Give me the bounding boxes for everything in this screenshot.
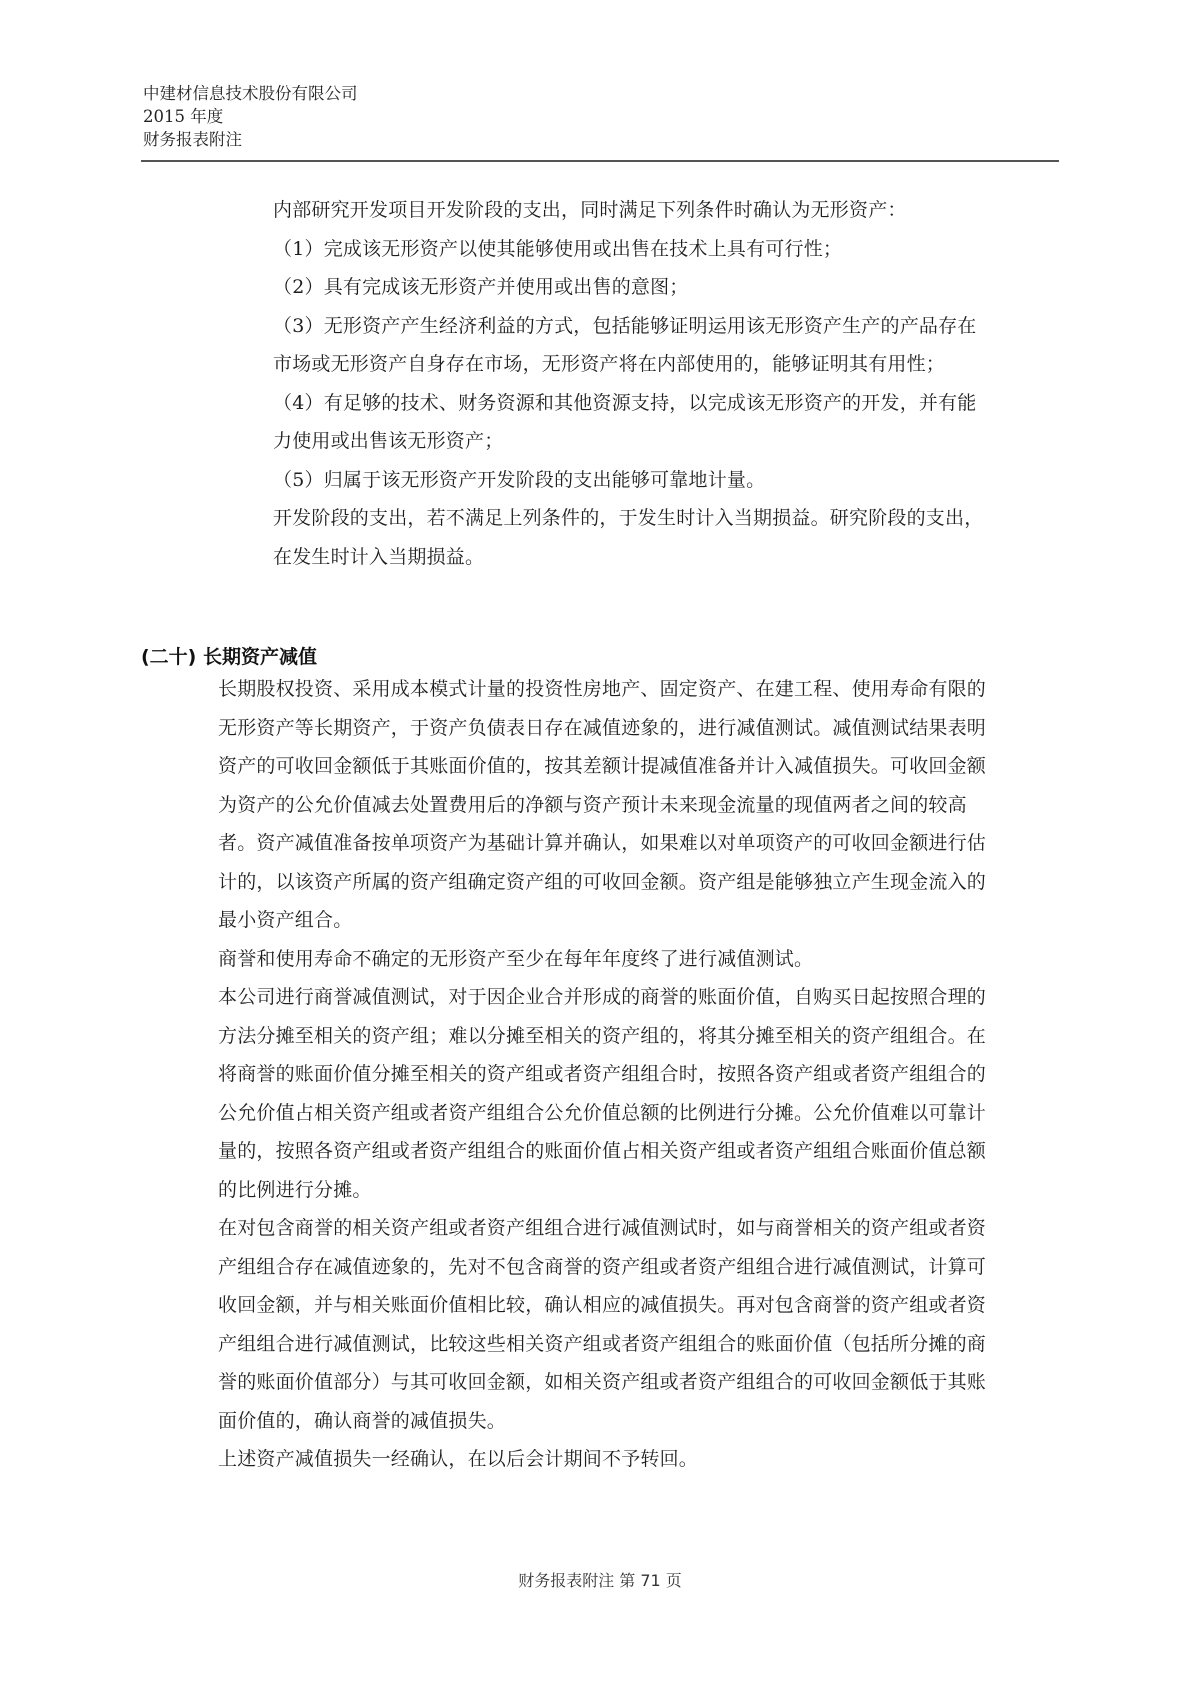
paragraph-line: 方法分摊至相关的资产组；难以分摊至相关的资产组的，将其分摊至相关的资产组组合。在 (218, 1017, 1058, 1056)
paragraph-line: 誉的账面价值部分）与其可收回金额，如相关资产组或者资产组组合的可收回金额低于其账 (218, 1363, 1058, 1402)
paragraph-line: 为资产的公允价值减去处置费用后的净额与资产预计未来现金流量的现值两者之间的较高 (218, 786, 1058, 825)
page-footer: 财务报表附注 第 71 页 (0, 1568, 1200, 1591)
criteria-item-1: （1）完成该无形资产以使其能够使用或出售在技术上具有可行性； (273, 230, 1058, 269)
paragraph-line: 开发阶段的支出，若不满足上列条件的，于发生时计入当期损益。研究阶段的支出， (273, 499, 1058, 538)
report-year: 2015 年度 (143, 105, 1058, 128)
paragraph-line: 商誉和使用寿命不确定的无形资产至少在每年年度终了进行减值测试。 (218, 940, 1058, 979)
paragraph-line: 计的，以该资产所属的资产组确定资产组的可收回金额。资产组是能够独立产生现金流入的 (218, 863, 1058, 902)
paragraph-line: 量的，按照各资产组或者资产组组合的账面价值占相关资产组或者资产组组合账面价值总额 (218, 1132, 1058, 1171)
intangible-asset-criteria: 内部研究开发项目开发阶段的支出，同时满足下列条件时确认为无形资产： （1）完成该… (273, 191, 1058, 576)
paragraph-line: 长期股权投资、采用成本模式计量的投资性房地产、固定资产、在建工程、使用寿命有限的 (218, 670, 1058, 709)
paragraph-line: 在发生时计入当期损益。 (273, 538, 1058, 577)
paragraph-line: 资产的可收回金额低于其账面价值的，按其差额计提减值准备并计入减值损失。可收回金额 (218, 747, 1058, 786)
paragraph-line: 产组组合存在减值迹象的，先对不包含商誉的资产组或者资产组组合进行减值测试，计算可 (218, 1248, 1058, 1287)
paragraph-line: 在对包含商誉的相关资产组或者资产组组合进行减值测试时，如与商誉相关的资产组或者资 (218, 1209, 1058, 1248)
paragraph-line: 的比例进行分摊。 (218, 1171, 1058, 1210)
criteria-item-5: （5）归属于该无形资产开发阶段的支出能够可靠地计量。 (273, 461, 1058, 500)
paragraph-line: 将商誉的账面价值分摊至相关的资产组或者资产组组合时，按照各资产组或者资产组组合的 (218, 1055, 1058, 1094)
paragraph-line: 无形资产等长期资产，于资产负债表日存在减值迹象的，进行减值测试。减值测试结果表明 (218, 709, 1058, 748)
paragraph-line: 产组组合进行减值测试，比较这些相关资产组或者资产组组合的账面价值（包括所分摊的商 (218, 1325, 1058, 1364)
criteria-item-4: （4）有足够的技术、财务资源和其他资源支持，以完成该无形资产的开发，并有能 (273, 384, 1058, 423)
criteria-item-3: （3）无形资产产生经济利益的方式，包括能够证明运用该无形资产生产的产品存在 (273, 307, 1058, 346)
paragraph-line: 面价值的，确认商誉的减值损失。 (218, 1402, 1058, 1441)
long-term-asset-impairment-body: 长期股权投资、采用成本模式计量的投资性房地产、固定资产、在建工程、使用寿命有限的… (218, 670, 1058, 1479)
paragraph-line: 公允价值占相关资产组或者资产组组合公允价值总额的比例进行分摊。公允价值难以可靠计 (218, 1094, 1058, 1133)
page-header: 中建材信息技术股份有限公司 2015 年度 财务报表附注 (143, 82, 1058, 151)
paragraph-line: 力使用或出售该无形资产； (273, 422, 1058, 461)
paragraph-line: 上述资产减值损失一经确认，在以后会计期间不予转回。 (218, 1440, 1058, 1479)
document-title: 财务报表附注 (143, 128, 1058, 151)
paragraph-line: 本公司进行商誉减值测试，对于因企业合并形成的商誉的账面价值，自购买日起按照合理的 (218, 978, 1058, 1017)
paragraph-line: 市场或无形资产自身存在市场，无形资产将在内部使用的，能够证明其有用性； (273, 345, 1058, 384)
company-name: 中建材信息技术股份有限公司 (143, 82, 1058, 105)
criteria-item-2: （2）具有完成该无形资产并使用或出售的意图； (273, 268, 1058, 307)
paragraph-line: 收回金额，并与相关账面价值相比较，确认相应的减值损失。再对包含商誉的资产组或者资 (218, 1286, 1058, 1325)
paragraph-line: 者。资产减值准备按单项资产为基础计算并确认，如果难以对单项资产的可收回金额进行估 (218, 824, 1058, 863)
paragraph-line: 内部研究开发项目开发阶段的支出，同时满足下列条件时确认为无形资产： (273, 191, 1058, 230)
header-divider (141, 160, 1059, 162)
paragraph-line: 最小资产组合。 (218, 901, 1058, 940)
